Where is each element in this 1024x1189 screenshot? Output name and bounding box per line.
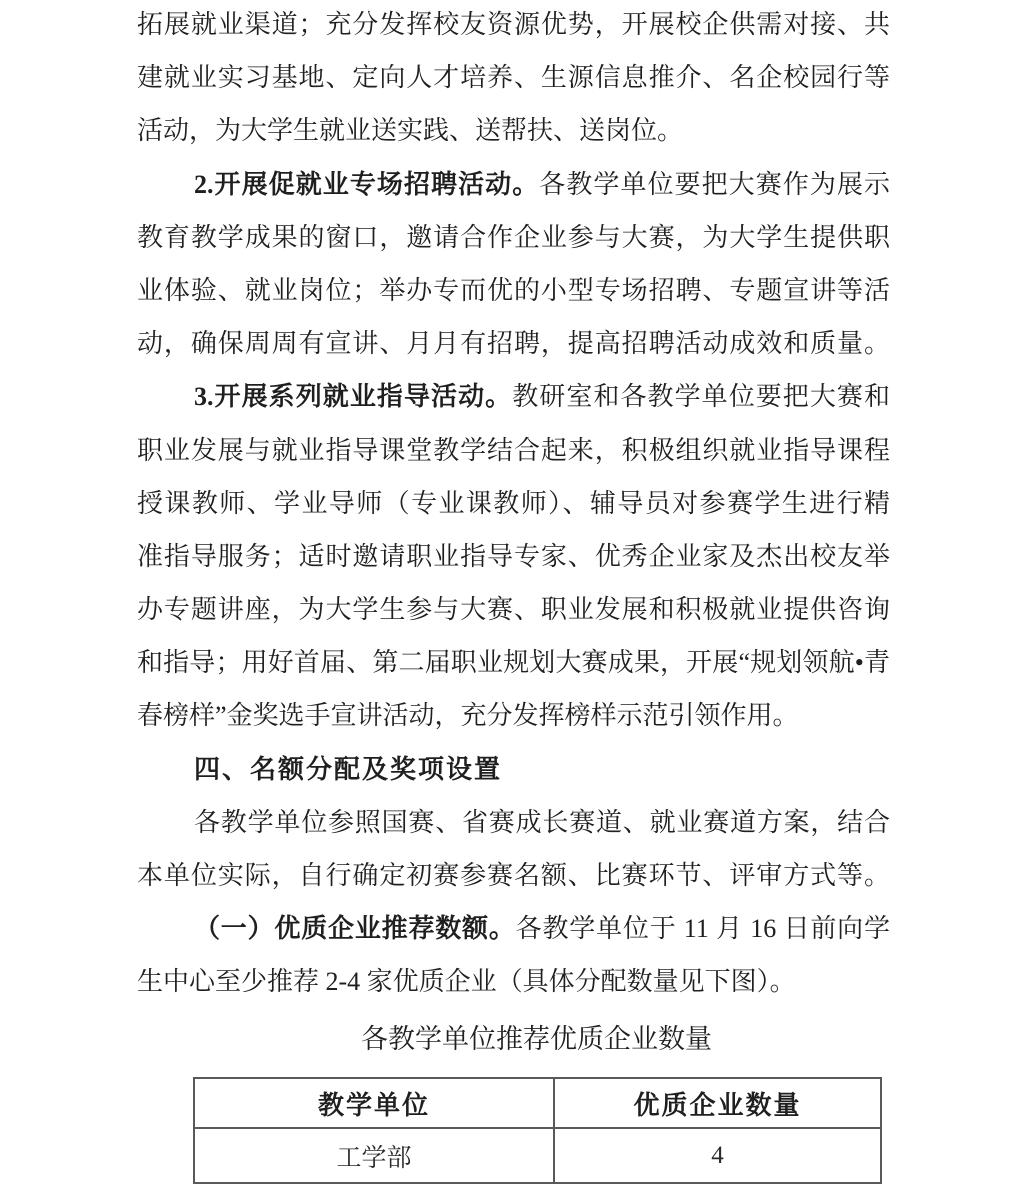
text-line: 和指导；用好首届、第二届职业规划大赛成果，开展“规划领航•青 [137, 636, 890, 689]
text-run: 动，确保周周有宣讲、月月有招聘，提高招聘活动成效和质量。 [137, 329, 890, 358]
text-line: 职业发展与就业指导课堂教学结合起来，积极组织就业指导课程 [137, 424, 890, 477]
text-run: 3.开展系列就业指导活动。 [194, 382, 512, 411]
text-line: 业体验、就业岗位；举办专而优的小型专场招聘、专题宣讲等活 [137, 264, 890, 317]
table-header-cell: 优质企业数量 [554, 1078, 881, 1128]
allocation-table-header: 教学单位优质企业数量 [194, 1078, 881, 1128]
text-run: 拓展就业渠道；充分发挥校友资源优势，开展校企供需对接、共 [137, 10, 890, 39]
text-line: 2.开展促就业专场招聘活动。各教学单位要把大赛作为展示 [137, 158, 890, 211]
text-run: 教研室和各教学单位要把大赛和 [512, 382, 890, 411]
section-heading: 四、名额分配及奖项设置 [137, 743, 890, 796]
body-text: 拓展就业渠道；充分发挥校友资源优势，开展校企供需对接、共建就业实习基地、定向人才… [137, 0, 890, 1009]
allocation-table: 教学单位优质企业数量 工学部4 [193, 1077, 882, 1184]
text-line: 授课教师、学业导师（专业课教师）、辅导员对参赛学生进行精 [137, 477, 890, 530]
text-line: 教育教学成果的窗口，邀请合作企业参与大赛，为大学生提供职 [137, 211, 890, 264]
table-header-cell: 教学单位 [194, 1078, 554, 1128]
table-row: 工学部4 [194, 1128, 881, 1183]
text-line: 本单位实际，自行确定初赛参赛名额、比赛环节、评审方式等。 [137, 849, 890, 902]
text-run: 授课教师、学业导师（专业课教师）、辅导员对参赛学生进行精 [137, 489, 890, 518]
text-run: 和指导；用好首届、第二届职业规划大赛成果，开展“规划领航•青 [137, 648, 890, 677]
text-run: 四、名额分配及奖项设置 [194, 754, 502, 784]
text-line: 动，确保周周有宣讲、月月有招聘，提高招聘活动成效和质量。 [137, 317, 890, 370]
text-run: 活动，为大学生就业送实践、送帮扶、送岗位。 [137, 116, 683, 145]
text-run: 各教学单位参照国赛、省赛成长赛道、就业赛道方案，结合 [194, 808, 890, 837]
table-cell: 工学部 [194, 1128, 554, 1183]
text-run: 建就业实习基地、定向人才培养、生源信息推介、名企校园行等 [137, 63, 890, 92]
text-line: 办专题讲座，为大学生参与大赛、职业发展和积极就业提供咨询 [137, 583, 890, 636]
text-run: 本单位实际，自行确定初赛参赛名额、比赛环节、评审方式等。 [137, 861, 890, 890]
document-page: 拓展就业渠道；充分发挥校友资源优势，开展校企供需对接、共建就业实习基地、定向人才… [0, 0, 1024, 1189]
text-run: 职业发展与就业指导课堂教学结合起来，积极组织就业指导课程 [137, 436, 890, 465]
text-run: 2.开展促就业专场招聘活动。 [194, 170, 539, 199]
text-run: （一）优质企业推荐数额。 [194, 914, 516, 943]
text-run: 业体验、就业岗位；举办专而优的小型专场招聘、专题宣讲等活 [137, 276, 890, 305]
text-run: 春榜样”金奖选手宣讲活动，充分发挥榜样示范引领作用。 [137, 701, 799, 730]
text-line: 生中心至少推荐 2-4 家优质企业（具体分配数量见下图）。 [137, 955, 890, 1008]
text-run: 各教学单位要把大赛作为展示 [539, 170, 890, 199]
allocation-table-body: 工学部4 [194, 1128, 881, 1183]
text-line: 活动，为大学生就业送实践、送帮扶、送岗位。 [137, 104, 890, 157]
text-line: （一）优质企业推荐数额。各教学单位于 11 月 16 日前向学 [137, 902, 890, 955]
text-run: 各教学单位于 11 月 16 日前向学 [516, 914, 890, 943]
text-run: 办专题讲座，为大学生参与大赛、职业发展和积极就业提供咨询 [137, 595, 890, 624]
text-run: 教育教学成果的窗口，邀请合作企业参与大赛，为大学生提供职 [137, 223, 890, 252]
text-line: 春榜样”金奖选手宣讲活动，充分发挥榜样示范引领作用。 [137, 689, 890, 742]
table-header-row: 教学单位优质企业数量 [194, 1078, 881, 1128]
text-line: 各教学单位参照国赛、省赛成长赛道、就业赛道方案，结合 [137, 796, 890, 849]
text-line: 3.开展系列就业指导活动。教研室和各教学单位要把大赛和 [137, 370, 890, 423]
text-line: 建就业实习基地、定向人才培养、生源信息推介、名企校园行等 [137, 51, 890, 104]
table-cell: 4 [554, 1128, 881, 1183]
text-run: 准指导服务；适时邀请职业指导专家、优秀企业家及杰出校友举 [137, 542, 890, 571]
text-line: 拓展就业渠道；充分发挥校友资源优势，开展校企供需对接、共 [137, 0, 890, 51]
table-title: 各教学单位推荐优质企业数量 [193, 1018, 880, 1060]
text-line: 准指导服务；适时邀请职业指导专家、优秀企业家及杰出校友举 [137, 530, 890, 583]
text-run: 生中心至少推荐 2-4 家优质企业（具体分配数量见下图）。 [137, 967, 796, 996]
